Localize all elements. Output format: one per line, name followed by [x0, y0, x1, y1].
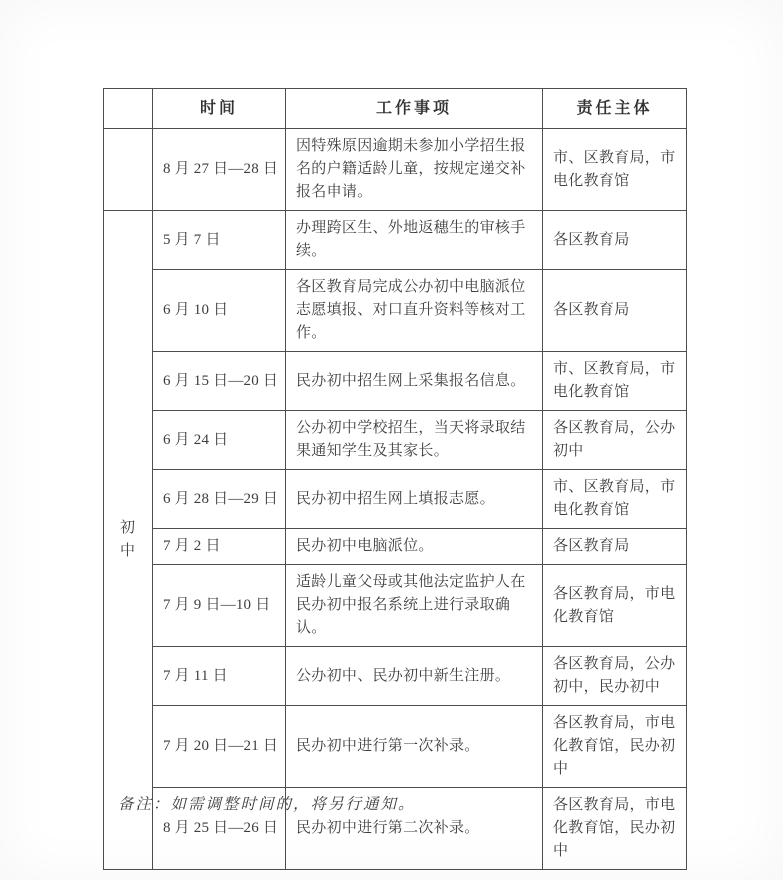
footnote-remark: 备注：如需调整时间的，将另行通知。 [118, 792, 416, 814]
time-cell: 8 月 27 日—28 日 [153, 129, 286, 211]
task-cell: 适龄儿童父母或其他法定监护人在民办初中报名系统上进行录取确认。 [286, 565, 543, 647]
time-cell: 6 月 28 日—29 日 [153, 470, 286, 529]
owner-cell: 各区教育局 [543, 270, 687, 352]
table-row: 6 月 28 日—29 日 民办初中招生网上填报志愿。 市、区教育局，市电化教育… [104, 470, 687, 529]
time-cell: 5 月 7 日 [153, 211, 286, 270]
header-time-cell: 时间 [153, 89, 286, 129]
owner-cell: 各区教育局，公办初中 [543, 411, 687, 470]
owner-cell: 各区教育局 [543, 529, 687, 565]
time-cell: 7 月 20 日—21 日 [153, 706, 286, 788]
header-task-cell: 工作事项 [286, 89, 543, 129]
group-cell-empty [104, 129, 153, 211]
table-header-row: 时间 工作事项 责任主体 [104, 89, 687, 129]
group-cell-junior-high: 初中 [104, 211, 153, 870]
table-row: 8 月 27 日—28 日 因特殊原因逾期未参加小学招生报名的户籍适龄儿童，按规… [104, 129, 687, 211]
task-cell: 公办初中、民办初中新生注册。 [286, 647, 543, 706]
owner-cell: 市、区教育局，市电化教育馆 [543, 129, 687, 211]
table-row: 7 月 9 日—10 日 适龄儿童父母或其他法定监护人在民办初中报名系统上进行录… [104, 565, 687, 647]
owner-cell: 各区教育局，公办初中，民办初中 [543, 647, 687, 706]
table-row: 初中 5 月 7 日 办理跨区生、外地返穗生的审核手续。 各区教育局 [104, 211, 687, 270]
table-row: 6 月 15 日—20 日 民办初中招生网上采集报名信息。 市、区教育局，市电化… [104, 352, 687, 411]
task-cell: 公办初中学校招生，当天将录取结果通知学生及其家长。 [286, 411, 543, 470]
task-cell: 民办初中招生网上填报志愿。 [286, 470, 543, 529]
table-row: 7 月 11 日 公办初中、民办初中新生注册。 各区教育局，公办初中，民办初中 [104, 647, 687, 706]
task-cell: 民办初中电脑派位。 [286, 529, 543, 565]
task-cell: 各区教育局完成公办初中电脑派位志愿填报、对口直升资料等核对工作。 [286, 270, 543, 352]
table-row: 7 月 20 日—21 日 民办初中进行第一次补录。 各区教育局，市电化教育馆，… [104, 706, 687, 788]
owner-cell: 各区教育局，市电化教育馆 [543, 565, 687, 647]
time-cell: 6 月 24 日 [153, 411, 286, 470]
task-cell: 民办初中进行第一次补录。 [286, 706, 543, 788]
task-cell: 因特殊原因逾期未参加小学招生报名的户籍适龄儿童，按规定递交补报名申请。 [286, 129, 543, 211]
owner-cell: 各区教育局，市电化教育馆，民办初中 [543, 706, 687, 788]
header-group-cell [104, 89, 153, 129]
table-row: 6 月 10 日 各区教育局完成公办初中电脑派位志愿填报、对口直升资料等核对工作… [104, 270, 687, 352]
enrollment-schedule-table: 时间 工作事项 责任主体 8 月 27 日—28 日 因特殊原因逾期未参加小学招… [103, 88, 687, 870]
owner-cell: 各区教育局，市电化教育馆，民办初中 [543, 788, 687, 870]
task-cell: 民办初中招生网上采集报名信息。 [286, 352, 543, 411]
table-row: 6 月 24 日 公办初中学校招生，当天将录取结果通知学生及其家长。 各区教育局… [104, 411, 687, 470]
time-cell: 6 月 15 日—20 日 [153, 352, 286, 411]
owner-cell: 市、区教育局，市电化教育馆 [543, 352, 687, 411]
time-cell: 7 月 9 日—10 日 [153, 565, 286, 647]
header-owner-cell: 责任主体 [543, 89, 687, 129]
time-cell: 6 月 10 日 [153, 270, 286, 352]
owner-cell: 市、区教育局，市电化教育馆 [543, 470, 687, 529]
time-cell: 7 月 11 日 [153, 647, 286, 706]
owner-cell: 各区教育局 [543, 211, 687, 270]
time-cell: 7 月 2 日 [153, 529, 286, 565]
task-cell: 办理跨区生、外地返穗生的审核手续。 [286, 211, 543, 270]
scanned-document-page: 时间 工作事项 责任主体 8 月 27 日—28 日 因特殊原因逾期未参加小学招… [0, 0, 783, 880]
table-row: 7 月 2 日 民办初中电脑派位。 各区教育局 [104, 529, 687, 565]
